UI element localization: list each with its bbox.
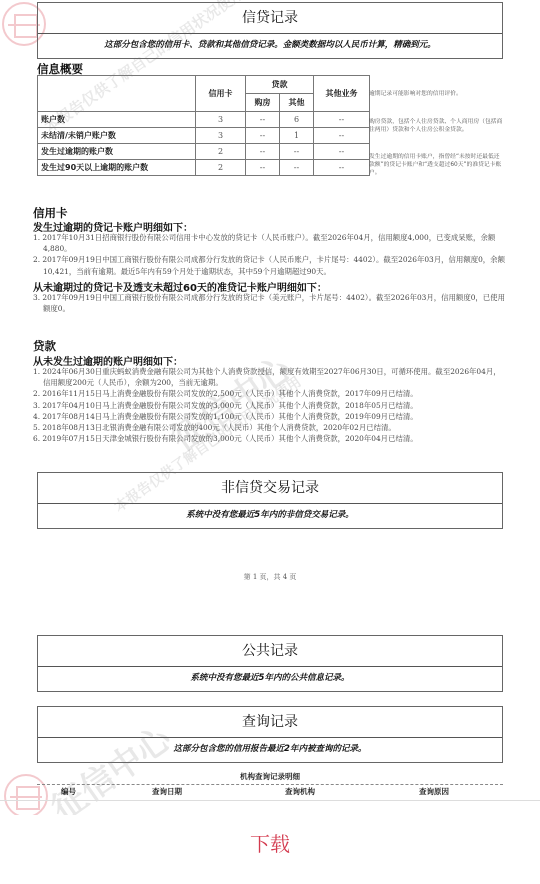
- cell-credit-card: 2: [196, 144, 246, 160]
- note-overdue: 逾期记录可能影响对您的信用评价。: [369, 90, 504, 98]
- cell-other: 6: [280, 112, 314, 128]
- cell-other-business: --: [314, 112, 370, 128]
- list-item: 1. 2024年06月30日重庆蚂蚁消费金融有限公司为其他个人消费贷款授信，额度…: [33, 366, 505, 388]
- divider: [0, 800, 540, 801]
- section-subtitle: 系统中没有您最近5年内的非信贷交易记录。: [38, 504, 502, 528]
- list-item: 2. 2017年09月19日中国工商银行股份有限公司成都分行发放的贷记卡（人民币…: [33, 254, 505, 276]
- corner-cell: [38, 76, 196, 112]
- cell-other: --: [280, 160, 314, 176]
- cell-other-business: --: [314, 160, 370, 176]
- section-title: 查询记录: [38, 707, 502, 738]
- row-label: 未结清/未销户账户数: [38, 128, 196, 144]
- dashed-divider: [37, 784, 503, 785]
- col-loan: 贷款: [246, 76, 314, 94]
- cell-credit-card: 3: [196, 128, 246, 144]
- cell-credit-card: 2: [196, 160, 246, 176]
- col-other: 其他: [280, 94, 314, 112]
- list-item: 4. 2017年08月14日马上消费金融股份有限公司发放的1,100元（人民币）…: [33, 411, 505, 422]
- cell-other: 1: [280, 128, 314, 144]
- section-subtitle: 系统中没有您最近5年内的公共信息记录。: [38, 667, 502, 691]
- section-title: 信贷记录: [38, 3, 502, 34]
- list-item: 5. 2018年08月13日北银消费金融有限公司发放的400元（人民币）其他个人…: [33, 422, 505, 433]
- bottom-action-bar: 下载: [0, 815, 540, 884]
- cell-other-business: --: [314, 144, 370, 160]
- list-item: 2. 2016年11月15日马上消费金融股份有限公司发放的2,500元（人民币）…: [33, 388, 505, 399]
- table-row: 未结清/未销户账户数 3 -- 1 --: [38, 128, 370, 144]
- row-label: 发生过90天以上逾期的账户数: [38, 160, 196, 176]
- col-housing: 购房: [246, 94, 280, 112]
- download-button[interactable]: 下载: [250, 828, 290, 857]
- table-row: 发生过90天以上逾期的账户数 2 -- -- --: [38, 160, 370, 176]
- col-date: 查询日期: [152, 786, 182, 797]
- section-title: 公共记录: [38, 636, 502, 667]
- inquiry-caption: 机构查询记录明细: [0, 771, 540, 782]
- section-subtitle: 这部分包含您的信用报告最近2年内被查询的记录。: [38, 738, 502, 762]
- cell-housing: --: [246, 112, 280, 128]
- col-number: 编号: [61, 786, 76, 797]
- list-item: 3. 2017年09月19日中国工商银行股份有限公司成都分行发放的贷记卡（美元账…: [33, 292, 505, 314]
- row-label: 账户数: [38, 112, 196, 128]
- section-title: 非信贷交易记录: [38, 473, 502, 504]
- col-credit-card: 信用卡: [196, 76, 246, 112]
- no-overdue-card-list: 3. 2017年09月19日中国工商银行股份有限公司成都分行发放的贷记卡（美元账…: [33, 292, 505, 314]
- note-housing-loan: 购房贷款，包括个人住房贷款、个人商用房（包括商住两用）贷款和个人住房公积金贷款。: [369, 118, 504, 134]
- col-other-business: 其他业务: [314, 76, 370, 112]
- loans-heading: 贷款: [33, 338, 56, 354]
- cell-housing: --: [246, 128, 280, 144]
- credit-record-header: 信贷记录 这部分包含您的信用卡、贷款和其他信贷记录。金额类数据均以人民币计算，精…: [37, 2, 503, 59]
- col-reason: 查询原因: [419, 786, 449, 797]
- table-row: 账户数 3 -- 6 --: [38, 112, 370, 128]
- cell-housing: --: [246, 144, 280, 160]
- list-item: 1. 2017年10月31日招商银行股份有限公司信用卡中心发放的贷记卡（人民币账…: [33, 232, 505, 254]
- loan-list: 1. 2024年06月30日重庆蚂蚁消费金融有限公司为其他个人消费贷款授信，额度…: [33, 366, 505, 444]
- overdue-card-list: 1. 2017年10月31日招商银行股份有限公司信用卡中心发放的贷记卡（人民币账…: [33, 232, 505, 277]
- report-page[interactable]: 本报告仅供了解自己的信用状况使用 征信中心 本报告仅供了解自己的信用状况使用 征…: [0, 0, 540, 815]
- row-label: 发生过逾期的账户数: [38, 144, 196, 160]
- list-item: 3. 2017年04月10日马上消费金融股份有限公司发放的3,000元（人民币）…: [33, 400, 505, 411]
- cell-other: --: [280, 144, 314, 160]
- list-item: 6. 2019年07月15日天津金城银行股份有限公司发放的3,000元（人民币）…: [33, 433, 505, 444]
- section-subtitle: 这部分包含您的信用卡、贷款和其他信贷记录。金额类数据均以人民币计算，精确到元。: [38, 34, 502, 58]
- cell-housing: --: [246, 160, 280, 176]
- inquiry-record-header: 查询记录 这部分包含您的信用报告最近2年内被查询的记录。: [37, 706, 503, 763]
- note-overdue-card: 发生过逾期的信用卡账户，指曾经“未按时还最低还款额”的贷记卡账户和“透支超过60…: [369, 153, 504, 177]
- public-record-header: 公共记录 系统中没有您最近5年内的公共信息记录。: [37, 635, 503, 692]
- inquiry-table-header: 编号 查询日期 查询机构 查询原因: [37, 786, 503, 798]
- page-indicator: 第 1 页，共 4 页: [0, 572, 540, 582]
- col-institution: 查询机构: [285, 786, 315, 797]
- table-row: 发生过逾期的账户数 2 -- -- --: [38, 144, 370, 160]
- cell-credit-card: 3: [196, 112, 246, 128]
- cell-other-business: --: [314, 128, 370, 144]
- non-credit-record-header: 非信贷交易记录 系统中没有您最近5年内的非信贷交易记录。: [37, 472, 503, 529]
- summary-table: 信用卡 贷款 其他业务 购房 其他 账户数 3 -- 6 -- 未结清/未销户账…: [37, 75, 370, 176]
